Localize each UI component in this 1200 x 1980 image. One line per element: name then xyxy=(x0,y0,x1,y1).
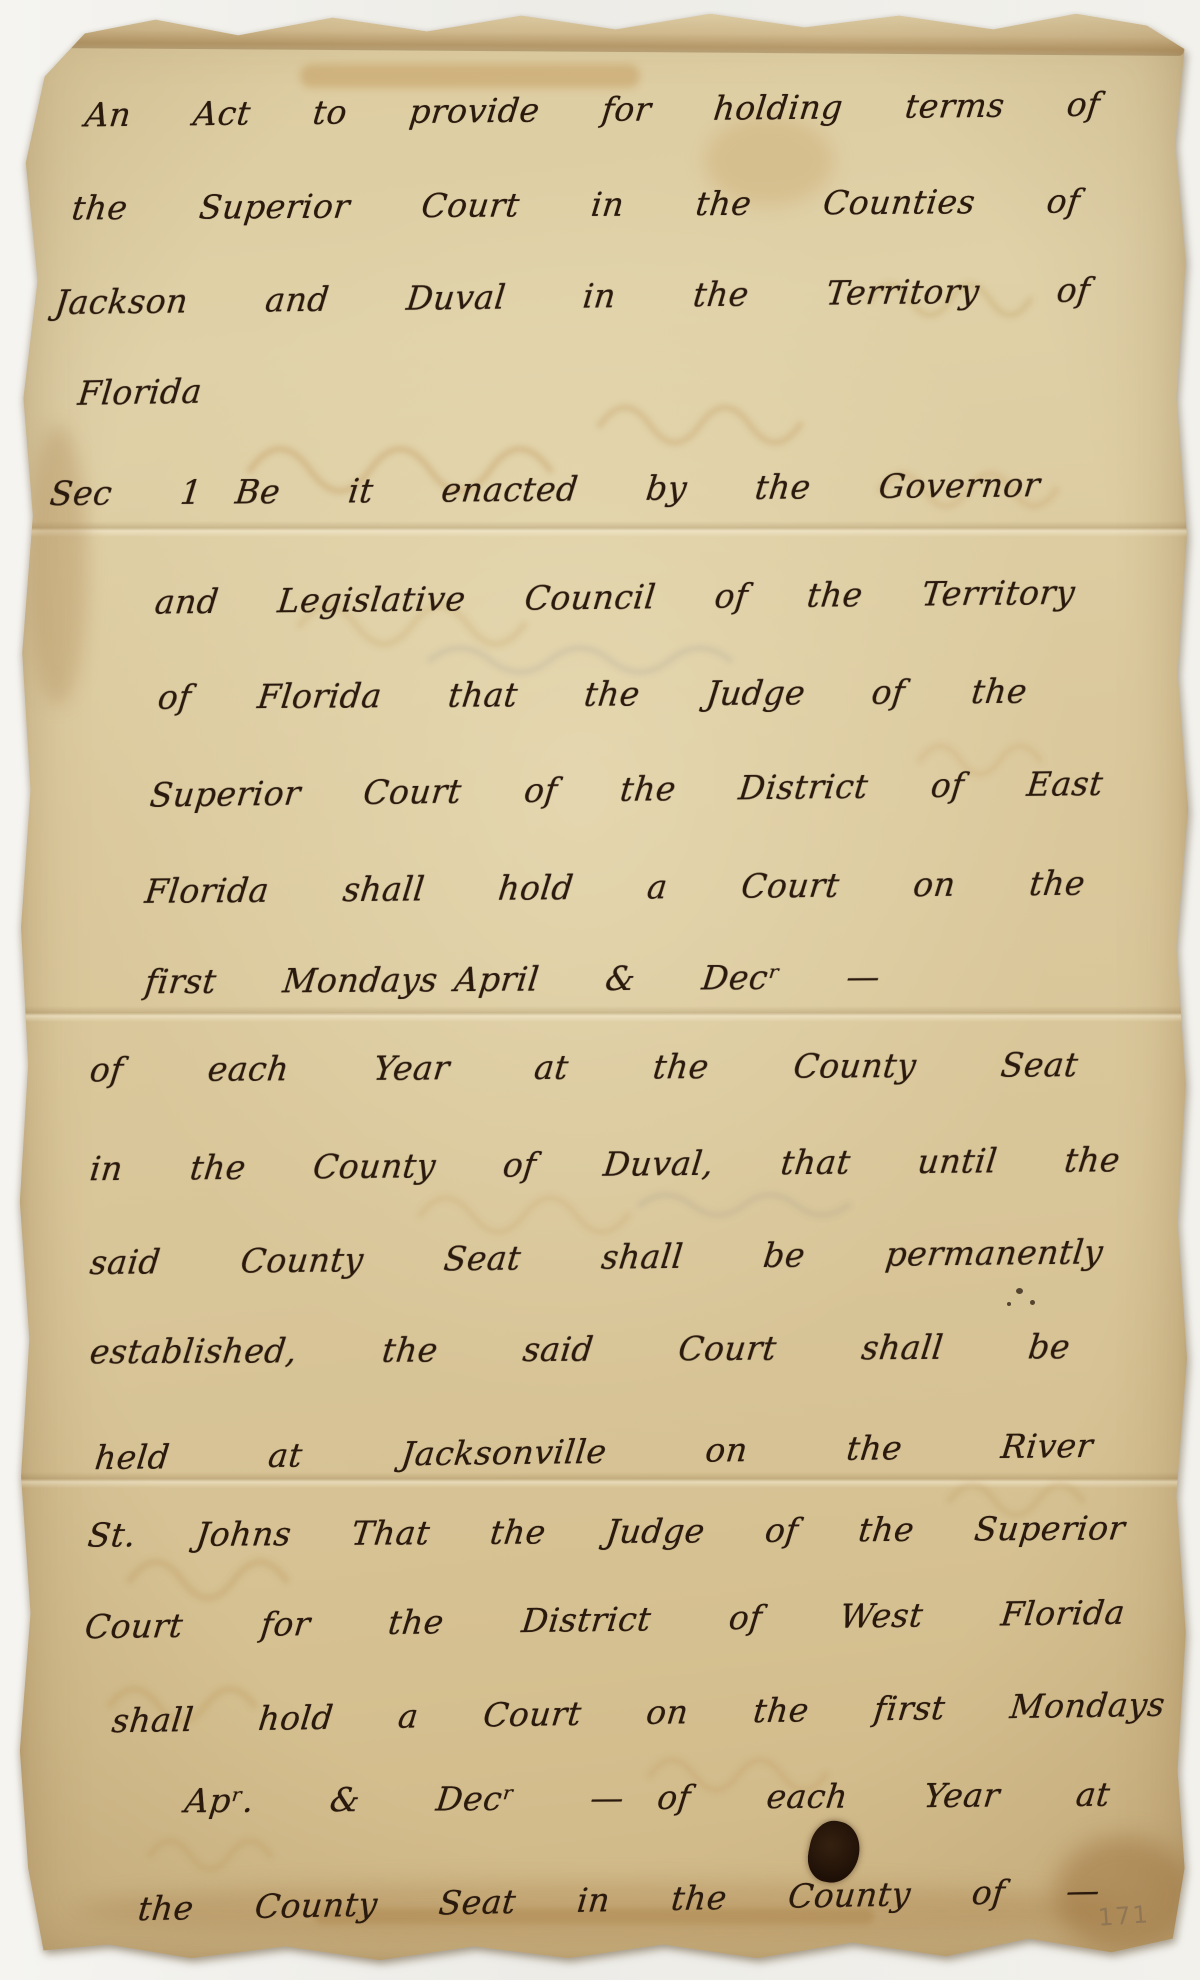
manuscript-line: established, the said Court shall be xyxy=(87,1326,1072,1374)
fold-crease xyxy=(14,521,1194,537)
manuscript-line: of each Year at the County Seat xyxy=(87,1044,1080,1092)
manuscript-line: first Mondays April & Decʳ — xyxy=(143,956,883,1004)
manuscript-line: Sec 1 Be it enacted by the Governor xyxy=(48,465,1043,517)
manuscript-line: St. Johns That the Judge of the Superior xyxy=(86,1507,1128,1557)
ink-splatter xyxy=(1030,1300,1035,1305)
manuscript-line: Florida xyxy=(76,371,204,416)
ink-splatter xyxy=(1016,1288,1023,1294)
manuscript-line: in the County of Duval, that until the xyxy=(88,1139,1123,1191)
manuscript-line: the Superior Court in the Counties of xyxy=(70,180,1083,230)
paper-top-fold-edge xyxy=(61,6,1185,56)
ink-splatter xyxy=(1007,1302,1011,1306)
page-number: 171 xyxy=(1097,1900,1151,1932)
tape-stain xyxy=(300,64,640,88)
manuscript-line: Apʳ. & Decʳ — of each Year at xyxy=(183,1774,1113,1823)
fold-crease xyxy=(14,1006,1194,1022)
scanned-document: An Act to provide for holding terms of t… xyxy=(0,0,1200,1980)
paper-stain xyxy=(28,426,88,706)
manuscript-line: of Florida that the Judge of the xyxy=(156,671,1030,720)
manuscript-line: Florida shall hold a Court on the xyxy=(143,863,1088,914)
